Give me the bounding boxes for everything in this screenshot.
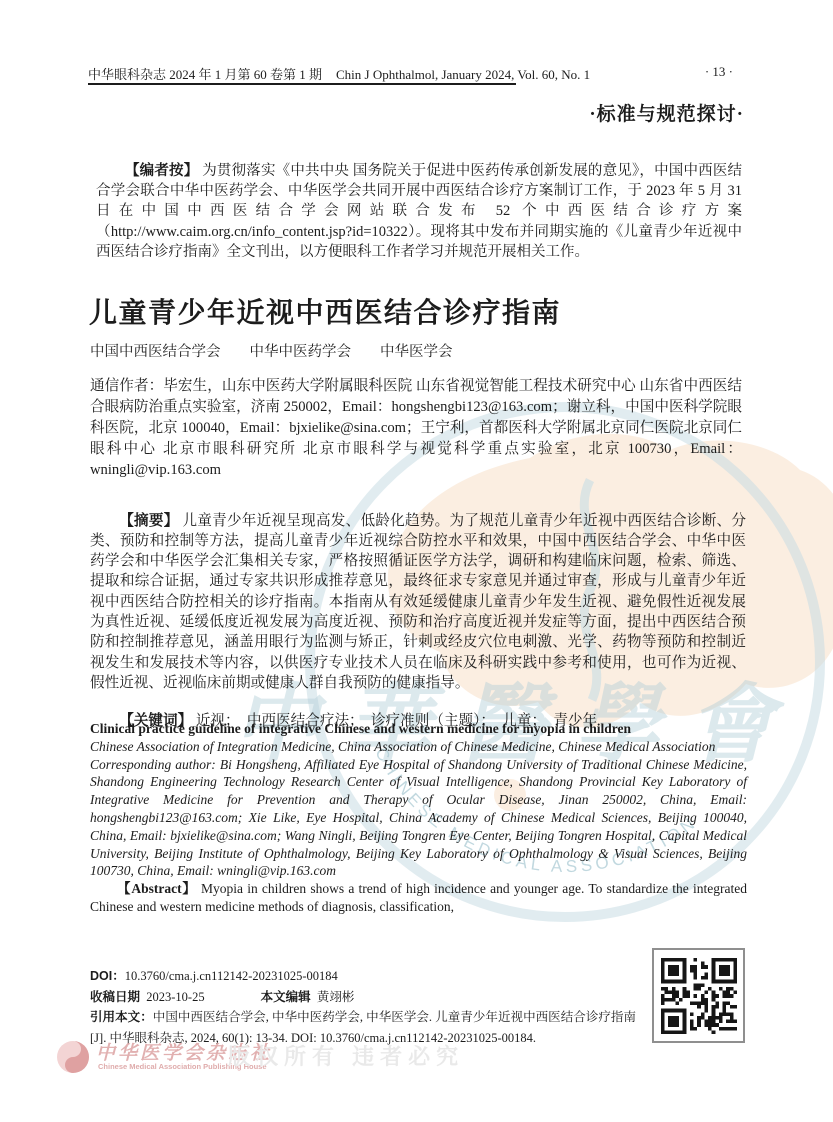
article-authors: 中国中西医结合学会 中华中医药学会 中华医学会 <box>90 340 453 361</box>
doi-label: DOI： <box>90 969 125 983</box>
received-line: 收稿日期 2023-10-25本文编辑 黄翊彬 <box>90 987 636 1008</box>
publisher-name-en-watermark: Chinese Medical Association Publishing H… <box>98 1062 267 1071</box>
article-title: 儿童青少年近视中西医结合诊疗指南 <box>89 291 561 331</box>
abstract-en-label: 【Abstract】 <box>117 881 197 896</box>
page-number: · 13 · <box>705 64 733 80</box>
qr-code <box>652 948 745 1043</box>
journal-header: 中华眼科杂志 2024 年 1 月第 60 卷第 1 期Chin J Ophth… <box>88 64 590 83</box>
section-label: ·标准与规范探讨· <box>589 99 744 126</box>
abstract-cn: 【摘要】 儿童青少年近视呈现高发、低龄化趋势。为了规范儿童青少年近视中西医结合诊… <box>90 511 746 694</box>
editor-label: 本文编辑 <box>261 990 311 1004</box>
english-correspondence: Corresponding author: Bi Hongsheng, Affi… <box>90 756 747 881</box>
abstract-cn-text: 儿童青少年近视呈现高发、低龄化趋势。为了规范儿童青少年近视中西医结合诊断、分类、… <box>90 513 746 691</box>
english-title: Clinical practice guideline of integrati… <box>90 720 747 738</box>
english-section: Clinical practice guideline of integrati… <box>90 720 747 916</box>
doi-value: 10.3760/cma.j.cn112142-20231025-00184 <box>125 969 338 983</box>
citation-label: 引用本文： <box>90 1010 153 1024</box>
editor-name: 黄翊彬 <box>317 990 355 1004</box>
editor-note: 【编者按】 为贯彻落实《中共中央 国务院关于促进中医药传承创新发展的意见》，中国… <box>96 161 742 263</box>
correspondence-block: 通信作者：毕宏生，山东中医药大学附属眼科医院 山东省视觉智能工程技术研究中心 山… <box>90 376 742 481</box>
citation-text: 中国中西医结合学会, 中华中医药学会, 中华医学会. 儿童青少年近视中西医结合诊… <box>90 1010 636 1045</box>
abstract-cn-label: 【摘要】 <box>119 513 178 529</box>
doi-line: DOI：10.3760/cma.j.cn112142-20231025-0018… <box>90 966 636 987</box>
header-rule <box>88 83 516 85</box>
journal-page: CHINESE MEDICAL ASSOCIATION 中華醫學會 中华医学会杂… <box>0 0 833 1122</box>
citation-line: 引用本文：中国中西医结合学会, 中华中医药学会, 中华医学会. 儿童青少年近视中… <box>90 1007 636 1048</box>
received-label: 收稿日期 <box>90 990 140 1004</box>
qr-code-pattern <box>661 958 737 1034</box>
editor-note-label: 【编者按】 <box>125 163 198 179</box>
received-date: 2023-10-25 <box>146 990 204 1004</box>
journal-title-en: Chin J Ophthalmol, January 2024, Vol. 60… <box>336 67 590 82</box>
abstract-en: 【Abstract】 Myopia in children shows a tr… <box>90 880 747 916</box>
publisher-logo-watermark <box>54 1037 92 1077</box>
article-footer: DOI：10.3760/cma.j.cn112142-20231025-0018… <box>90 966 636 1048</box>
journal-title-cn: 中华眼科杂志 2024 年 1 月第 60 卷第 1 期 <box>88 67 322 82</box>
english-institutions: Chinese Association of Integration Medic… <box>90 738 747 756</box>
